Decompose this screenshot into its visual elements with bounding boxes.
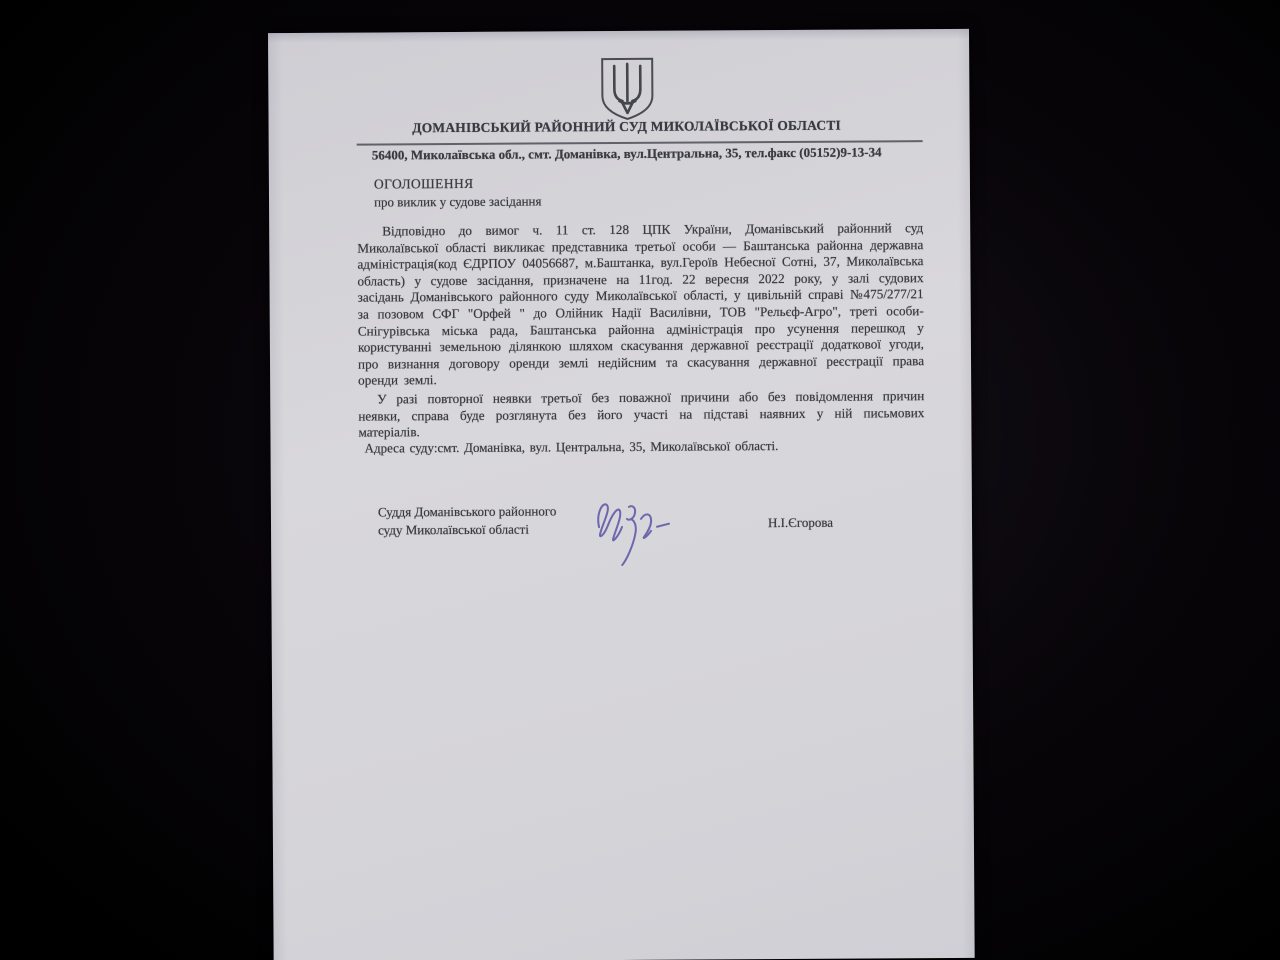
paper-sheet: ДОМАНІВСЬКИЙ РАЙОННИЙ СУД МИКОЛАЇВСЬКОЇ … bbox=[268, 29, 975, 960]
court-name-header: ДОМАНІВСЬКИЙ РАЙОННИЙ СУД МИКОЛАЇВСЬКОЇ … bbox=[344, 117, 910, 136]
signer-title-line1: Суддя Доманівського районного bbox=[378, 502, 608, 521]
court-contact-line: 56400, Миколаївська обл., смт. Доманівка… bbox=[344, 144, 910, 163]
ukraine-trident-emblem-icon bbox=[597, 56, 657, 122]
signer-title-line2: суду Миколаївської області bbox=[378, 520, 608, 539]
body-paragraph-1: Відповідно до вимог ч. 11 ст. 128 ЦПК Ук… bbox=[357, 220, 924, 389]
signer-title: Суддя Доманівського районного суду Микол… bbox=[378, 502, 608, 538]
body-paragraph-2: У разі повторної неявки третьої без пова… bbox=[358, 388, 924, 441]
document-subtitle: про виклик у судове засідання bbox=[374, 193, 542, 210]
signer-name: Н.І.Єгорова bbox=[768, 515, 833, 531]
photo-background: ДОМАНІВСЬКИЙ РАЙОННИЙ СУД МИКОЛАЇВСЬКОЇ … bbox=[0, 0, 1280, 960]
court-address-note: Адреса суду:смт. Доманівка, вул. Централ… bbox=[364, 438, 778, 457]
document-title: ОГОЛОШЕННЯ bbox=[374, 176, 474, 193]
handwritten-signature-scribble bbox=[589, 491, 681, 572]
